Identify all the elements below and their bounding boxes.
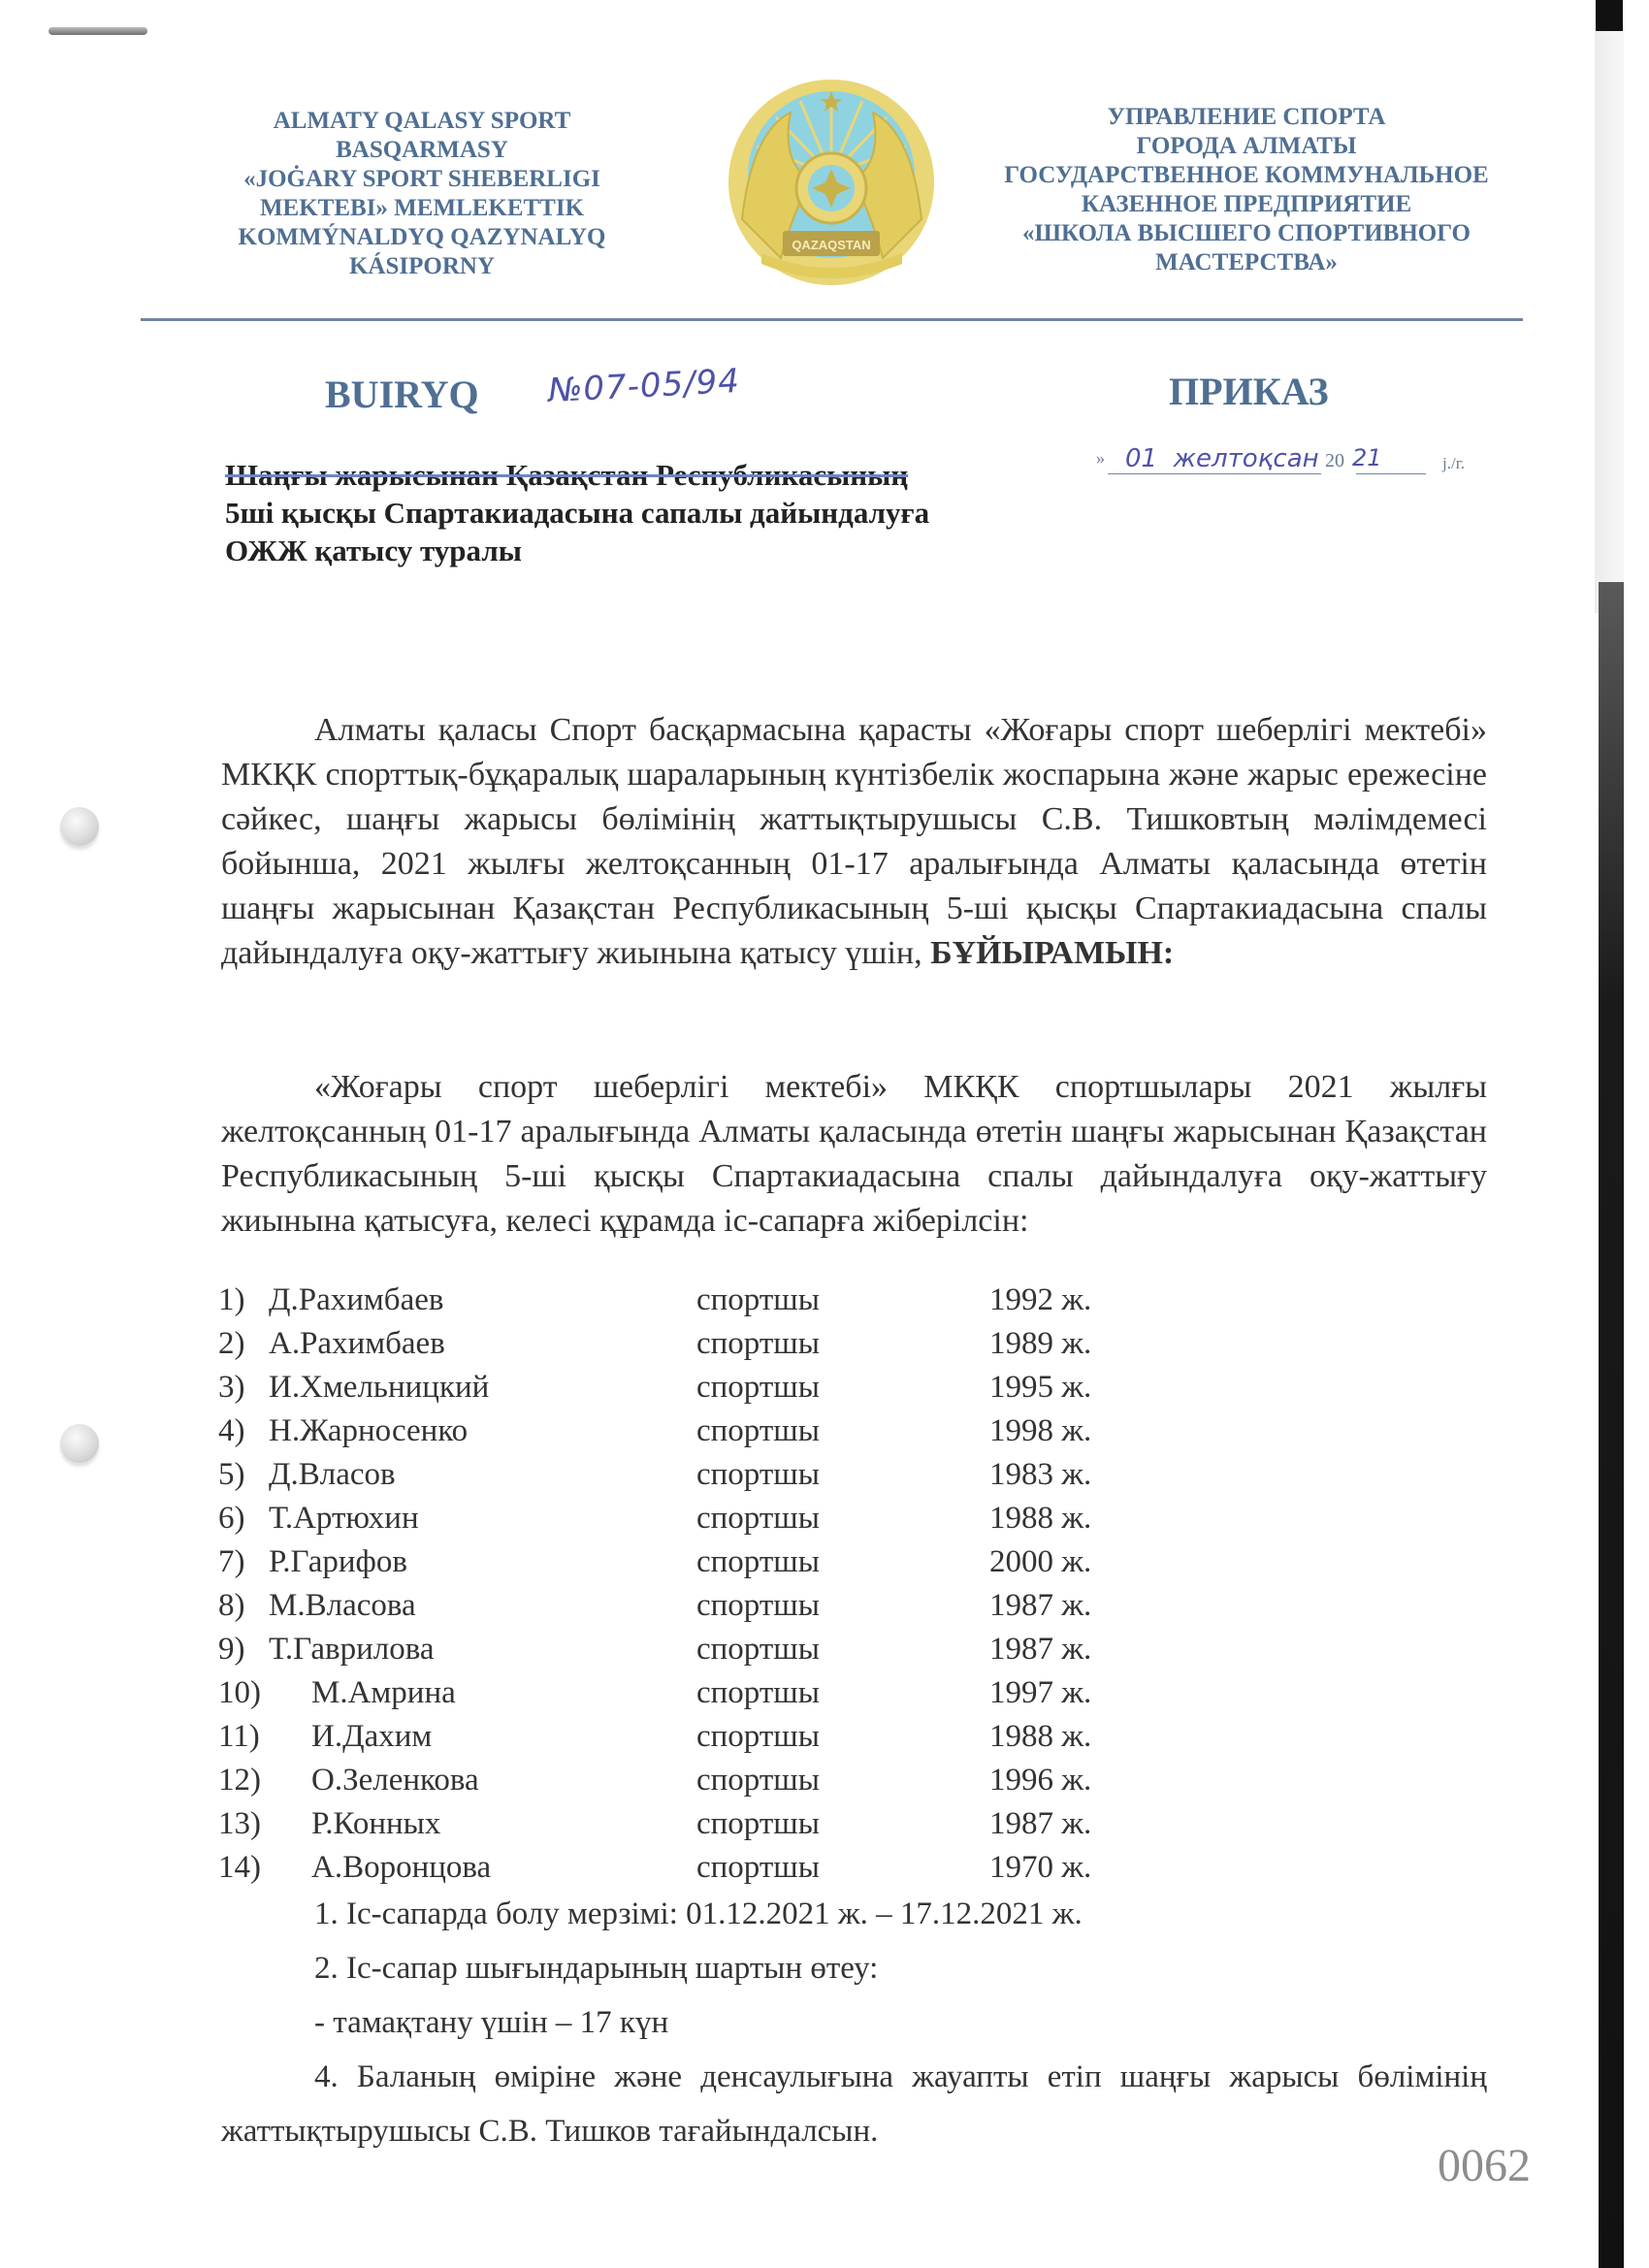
athlete-name: Р.Гарифов xyxy=(269,1540,407,1584)
athlete-num: 4) xyxy=(218,1409,245,1453)
athlete-year: 1992 ж. xyxy=(989,1279,1091,1322)
list-item: 5)Д.Власовспортшы1983 ж. xyxy=(218,1453,1149,1497)
item-expenses: 2. Іс-сапар шығындарының шартын өтеу: xyxy=(221,1941,1487,1995)
scan-edge-shadow xyxy=(1596,0,1623,31)
athlete-role: спортшы xyxy=(696,1366,820,1409)
list-item: 11)И.Дахимспортшы1988 ж. xyxy=(218,1715,1149,1759)
letterhead-line: MEKTEBI» MEMLEKETTIK xyxy=(204,194,640,223)
athlete-name: М.Власова xyxy=(269,1584,416,1628)
subject-line: 5ші қысқы Спартакиадасына сапалы дайында… xyxy=(225,494,1156,532)
letterhead-line: BASQARMASY xyxy=(204,136,640,165)
athlete-role: спортшы xyxy=(696,1715,820,1759)
svg-text:QAZAQSTAN: QAZAQSTAN xyxy=(792,238,870,252)
athlete-name: И.Дахим xyxy=(311,1715,432,1759)
athlete-num: 10) xyxy=(218,1671,261,1715)
kazakhstan-state-emblem-icon: QAZAQSTAN xyxy=(723,74,941,292)
athlete-name: М.Амрина xyxy=(311,1671,456,1715)
letterhead-line: ГОСУДАРСТВЕННОЕ КОММУНАЛЬНОЕ xyxy=(960,161,1533,190)
athlete-name: Р.Конных xyxy=(311,1802,440,1846)
directive-paragraph: «Жоғары спорт шеберлігі мектебі» МКҚК сп… xyxy=(221,1065,1487,1244)
list-item: 14)А.Воронцоваспортшы1970 ж. xyxy=(218,1846,1149,1890)
letterhead-left-kz: ALMATY QALASY SPORT BASQARMASY «JOĠARY S… xyxy=(204,107,640,281)
athlete-num: 5) xyxy=(218,1453,245,1497)
athlete-num: 8) xyxy=(218,1584,245,1628)
order-items: 1. Іс-сапарда болу мерзімі: 01.12.2021 ж… xyxy=(221,1887,1487,2158)
athlete-name: А.Воронцова xyxy=(311,1846,491,1890)
athlete-year: 1970 ж. xyxy=(989,1846,1091,1890)
athlete-role: спортшы xyxy=(696,1671,820,1715)
athlete-role: спортшы xyxy=(696,1846,820,1890)
letterhead-line: КАЗЕННОЕ ПРЕДПРИЯТИЕ xyxy=(960,190,1533,219)
page-number: 0062 xyxy=(1438,2139,1531,2192)
athlete-year: 1987 ж. xyxy=(989,1584,1091,1628)
list-item: 9)Т.Гавриловаспортшы1987 ж. xyxy=(218,1628,1149,1671)
athlete-name: Т.Гаврилова xyxy=(269,1628,435,1671)
punch-hole xyxy=(60,1424,99,1463)
athlete-role: спортшы xyxy=(696,1584,820,1628)
athlete-name: И.Хмельницкий xyxy=(269,1366,489,1409)
list-item: 6)Т.Артюхинспортшы1988 ж. xyxy=(218,1497,1149,1540)
athlete-role: спортшы xyxy=(696,1540,820,1584)
athlete-num: 3) xyxy=(218,1366,245,1409)
list-item: 8)М.Власоваспортшы1987 ж. xyxy=(218,1584,1149,1628)
list-item: 7)Р.Гарифовспортшы2000 ж. xyxy=(218,1540,1149,1584)
list-item: 13)Р.Конныхспортшы1987 ж. xyxy=(218,1802,1149,1846)
list-item: 10)М.Амринаспортшы1997 ж. xyxy=(218,1671,1149,1715)
letterhead-line: «JOĠARY SPORT SHEBERLIGI xyxy=(204,165,640,194)
athlete-num: 9) xyxy=(218,1628,245,1671)
order-subject: Шаңғы жарысынан Қазақстан Республикасыны… xyxy=(225,456,1156,569)
athlete-role: спортшы xyxy=(696,1322,820,1366)
letterhead-line: МАСТЕРСТВА» xyxy=(960,248,1533,277)
scan-edge-shadow xyxy=(1599,582,1624,2268)
letterhead-divider xyxy=(141,318,1523,321)
scan-edge-strip xyxy=(1595,31,1624,613)
athlete-role: спортшы xyxy=(696,1409,820,1453)
athlete-year: 2000 ж. xyxy=(989,1540,1091,1584)
punch-hole xyxy=(60,807,99,846)
athlete-role: спортшы xyxy=(696,1497,820,1540)
athlete-year: 1989 ж. xyxy=(989,1322,1091,1366)
athlete-num: 12) xyxy=(218,1759,261,1802)
list-item: 4)Н.Жарносенкоспортшы1998 ж. xyxy=(218,1409,1149,1453)
athlete-role: спортшы xyxy=(696,1802,820,1846)
letterhead-line: KOMMÝNALDYQ QAZYNALYQ xyxy=(204,223,640,252)
item-expenses-meals: - тамақтану үшін – 17 күн xyxy=(221,1995,1487,2050)
preamble-paragraph: Алматы қаласы Спорт басқармасына қарасты… xyxy=(221,708,1487,976)
list-item: 3)И.Хмельницкийспортшы1995 ж. xyxy=(218,1366,1149,1409)
date-underline xyxy=(1356,473,1426,474)
letterhead-right-ru: УПРАВЛЕНИЕ СПОРТА ГОРОДА АЛМАТЫ ГОСУДАРС… xyxy=(960,103,1533,277)
subject-line: ОЖЖ қатысу туралы xyxy=(225,532,1156,569)
athlete-role: спортшы xyxy=(696,1759,820,1802)
athlete-year: 1995 ж. xyxy=(989,1366,1091,1409)
date-year-handwritten: 21 xyxy=(1352,444,1382,471)
athlete-year: 1996 ж. xyxy=(989,1759,1091,1802)
subject-line: Шаңғы жарысынан Қазақстан Республикасыны… xyxy=(225,456,1156,494)
athlete-year: 1987 ж. xyxy=(989,1802,1091,1846)
athlete-name: А.Рахимбаев xyxy=(269,1322,445,1366)
item-responsible: 4. Баланың өміріне және денсаулығына жау… xyxy=(221,2050,1487,2158)
letterhead-line: ALMATY QALASY SPORT xyxy=(204,107,640,136)
athlete-role: спортшы xyxy=(696,1628,820,1671)
item-trip-period: 1. Іс-сапарда болу мерзімі: 01.12.2021 ж… xyxy=(221,1887,1487,1941)
letterhead-line: ГОРОДА АЛМАТЫ xyxy=(960,132,1533,161)
athlete-name: Н.Жарносенко xyxy=(269,1409,468,1453)
date-year-prefix: 20 xyxy=(1325,450,1344,472)
athlete-num: 13) xyxy=(218,1802,261,1846)
athlete-year: 1988 ж. xyxy=(989,1497,1091,1540)
athlete-role: спортшы xyxy=(696,1453,820,1497)
athlete-year: 1983 ж. xyxy=(989,1453,1091,1497)
athlete-num: 2) xyxy=(218,1322,245,1366)
athlete-year: 1998 ж. xyxy=(989,1409,1091,1453)
letterhead-line: KÁSIPORNY xyxy=(204,252,640,281)
athlete-num: 11) xyxy=(218,1715,260,1759)
staple-mark xyxy=(48,27,147,35)
order-number-handwritten: №07-05/94 xyxy=(547,362,741,410)
list-item: 12)О.Зеленковаспортшы1996 ж. xyxy=(218,1759,1149,1802)
letterhead-line: УПРАВЛЕНИЕ СПОРТА xyxy=(960,103,1533,132)
list-item: 1)Д.Рахимбаевспортшы1992 ж. xyxy=(218,1279,1149,1322)
athlete-num: 14) xyxy=(218,1846,261,1890)
athletes-list: 1)Д.Рахимбаевспортшы1992 ж.2)А.Рахимбаев… xyxy=(218,1279,1149,1890)
order-title-ru: ПРИКАЗ xyxy=(1169,369,1329,414)
athlete-year: 1987 ж. xyxy=(989,1628,1091,1671)
date-suffix: j./г. xyxy=(1442,454,1465,473)
athlete-year: 1997 ж. xyxy=(989,1671,1091,1715)
order-title-kz: BUIRYQ xyxy=(325,372,479,417)
list-item: 2)А.Рахимбаевспортшы1989 ж. xyxy=(218,1322,1149,1366)
athlete-num: 1) xyxy=(218,1279,245,1322)
order-directive: БҰЙЫРАМЫН: xyxy=(930,935,1174,971)
athlete-year: 1988 ж. xyxy=(989,1715,1091,1759)
athlete-role: спортшы xyxy=(696,1279,820,1322)
athlete-num: 6) xyxy=(218,1497,245,1540)
athlete-name: О.Зеленкова xyxy=(311,1759,479,1802)
letterhead-line: «ШКОЛА ВЫСШЕГО СПОРТИВНОГО xyxy=(960,219,1533,248)
athlete-name: Т.Артюхин xyxy=(269,1497,419,1540)
athlete-name: Д.Рахимбаев xyxy=(269,1279,443,1322)
athlete-name: Д.Власов xyxy=(269,1453,396,1497)
athlete-num: 7) xyxy=(218,1540,245,1584)
